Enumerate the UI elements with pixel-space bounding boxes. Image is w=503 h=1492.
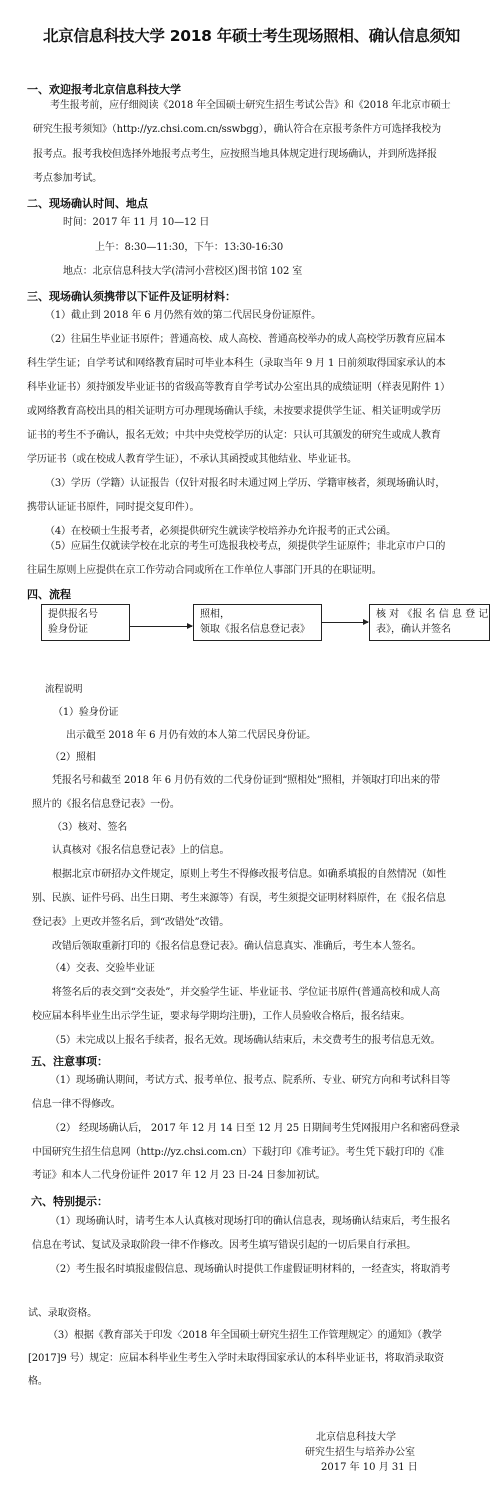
section-heading-4: 四、流程 <box>27 586 71 602</box>
section-heading-1: 一、欢迎报考北京信息科技大学 <box>27 81 181 97</box>
flow-step-2: 照相， 领取《报名信息登记表》 <box>193 604 322 641</box>
signature-date: 2017 年 10 月 31 日 <box>321 1461 418 1475</box>
paragraph-line: 中国研究生招生信息网（http://yz.chsi.com.cn）下载打印《准考… <box>32 1147 444 1159</box>
paragraph-line: 信息一律不得修改。 <box>32 1099 121 1111</box>
location-line: 地点：北京信息科技大学(清河小营校区)图书馆 102 室 <box>63 266 302 278</box>
paragraph-line: 报考点。报考我校但选择外地报考点考生，应按照当地具体规定进行现场确认，并到所选择… <box>33 149 437 161</box>
paragraph-line: 凭报名号和截至 2018 年 6 月仍有效的二代身份证到“照相处”照相，并领取打… <box>52 775 440 787</box>
paragraph-line: （5）应届生仅就读学校在北京的考生可选报我校考点，须提供学生证原件；非北京市户口… <box>45 541 445 553</box>
arrow-right-icon <box>322 622 368 623</box>
signature-org: 北京信息科技大学 <box>316 1431 396 1445</box>
flow-notes-label: 流程说明 <box>45 684 82 696</box>
paragraph-line: 校应届本科毕业生出示学生证，要求每学期均注册)，工作人员验收合格后，报名结束。 <box>32 1011 410 1023</box>
paragraph-line: （1）截止到 2018 年 6 月仍然有效的第二代居民身份证原件。 <box>45 310 321 322</box>
section-heading-5: 五、注意事项： <box>31 1053 108 1069</box>
document-title: 北京信息科技大学 2018 年硕士考生现场照相、确认信息须知 <box>0 24 503 46</box>
paragraph-line: 格。 <box>28 1376 48 1388</box>
paragraph-line: 往届生原则上应提供在京工作劳动合同或所在工作单位人事部门开具的在职证明。 <box>27 565 382 577</box>
signature-office: 研究生招生与培养办公室 <box>305 1446 415 1460</box>
flow-step-1: 提供报名号 验身份证 <box>41 604 130 641</box>
paragraph-line: （4）交表、交验毕业证 <box>50 963 155 975</box>
paragraph-line: 科生学生证；自学考试和网络教育届时可毕业本科生（录取当年 9 月 1 日前须取得… <box>27 358 446 370</box>
flow-step-2-line2: 领取《报名信息登记表》 <box>200 622 315 637</box>
paragraph-line: 携带认证证书原件，同时提交复印件）。 <box>27 502 199 514</box>
paragraph-line: 考生报考前，应仔细阅读《2018 年全国硕士研究生招生考试公告》和《2018 年… <box>50 100 451 112</box>
paragraph-line: （1）现场确认时，请考生本人认真核对现场打印的确认信息表，现场确认结束后，考生报… <box>50 1216 450 1228</box>
paragraph-line: 研究生报考须知》（http://yz.chsi.com.cn/sswbgg），确… <box>33 124 441 136</box>
flow-step-3: 核 对 《报 名 信 息 登 记 表》，确认并签名 <box>369 604 490 641</box>
paragraph-line: 证书的考生不予确认，报名无效；中共中央党校学历的认定：只认可其颁发的研究生或成人… <box>27 430 441 442</box>
paragraph-line: 学历证书（或在校成人教育学生证），不承认其函授或其他结业、毕业证书。 <box>27 454 357 466</box>
paragraph-line: 考证》和本人二代身份证件 2017 年 12 月 23 日-24 日参加初试。 <box>32 1170 325 1182</box>
section-heading-3: 三、现场确认须携带以下证件及证明材料： <box>27 288 236 304</box>
paragraph-line: 科毕业证书）须持颁发毕业证书的省级高等教育自学考试办公室出具的成绩证明（样表见附… <box>27 382 450 394</box>
paragraph-line: （5）未完成以上报名手续者，报名无效。现场确认结束后，未交费考生的报考信息无效。 <box>50 1035 440 1047</box>
paragraph-line: 出示截至 2018 年 6 月仍有效的本人第二代居民身份证。 <box>66 730 316 742</box>
time-line: 时间：2017 年 11 月 10—12 日 <box>63 217 209 229</box>
flow-step-1-line1: 提供报名号 <box>48 607 123 622</box>
paragraph-line: 登记表》上更改并签名后，到“改错处”改错。 <box>32 917 229 929</box>
paragraph-line: 或网络教育高校出具的相关证明方可办理现场确认手续，未按要求提供学生证、相关证明或… <box>27 406 441 418</box>
hours-line: 上午：8:30—11:30，下午：13:30-16:30 <box>95 242 283 254</box>
flow-step-1-line2: 验身份证 <box>48 622 123 637</box>
paragraph-line: （3）学历（学籍）认证报告（仅针对报名时未通过网上学历、学籍审核者，须现场确认时… <box>45 478 445 490</box>
paragraph-line: 别、民族、证件号码、出生日期、考生来源等）有误，考生须提交证明材料原件，在《报名… <box>32 893 446 905</box>
paragraph-line: 改错后领取重新打印的《报名信息登记表》。确认信息真实、准确后，考生本人签名。 <box>52 941 421 953</box>
flow-step-3-line2: 表》，确认并签名 <box>376 622 483 637</box>
arrow-right-icon <box>130 626 192 627</box>
paragraph-line: 照片的《报名信息登记表》一份。 <box>32 799 180 811</box>
paragraph-line: 信息在考试、复试及录取阶段一律不作修改。因考生填写错误引起的一切后果自行承担。 <box>32 1240 416 1252</box>
paragraph-line: 试、录取资格。 <box>28 1308 97 1320</box>
section-heading-2: 二、现场确认时间、地点 <box>27 195 148 211</box>
paragraph-line: （4）在校硕士生报考者，必须提供研究生就读学校培养办允许报考的正式公函。 <box>45 526 396 538</box>
paragraph-line: 考点参加考试。 <box>33 173 102 185</box>
paragraph-line: 根据北京市研招办文件规定，原则上考生不得修改报考信息。如确系填报的自然情况（如性 <box>52 869 446 881</box>
flow-step-2-line1: 照相， <box>200 607 315 622</box>
paragraph-line: [2017]9 号）规定：应届本科毕业生考生入学时未取得国家承认的本科毕业证书，… <box>28 1353 444 1365</box>
paragraph-line: （1）现场确认期间，考试方式、报考单位、报考点、院系所、专业、研究方向和考试科目… <box>50 1075 450 1087</box>
paragraph-line: （3）核对、签名 <box>52 822 127 834</box>
paragraph-line: （3）根据《教育部关于印发〈2018 年全国硕士研究生招生工作管理规定〉的通知》… <box>48 1330 442 1342</box>
section-heading-6: 六、特别提示： <box>31 1193 108 1209</box>
paragraph-line: （2） 经现场确认后， 2017 年 12 月 14 日至 12 月 25 日期… <box>50 1123 460 1135</box>
flow-step-3-line1: 核 对 《报 名 信 息 登 记 <box>376 607 483 622</box>
paragraph-line: （2）照相 <box>50 752 96 764</box>
paragraph-line: （1）验身份证 <box>53 707 118 719</box>
paragraph-line: （2）考生报名时填报虚假信息、现场确认时提供工作虚假证明材料的，一经查实，将取消… <box>50 1264 450 1276</box>
paragraph-line: 认真核对《报名信息登记表》上的信息。 <box>52 845 229 857</box>
paragraph-line: （2）往届生毕业证书原件；普通高校、成人高校、普通高校举办的成人高校学历教育应届… <box>45 334 445 346</box>
paragraph-line: 将签名后的表交到“交表处”，并交验学生证、毕业证书、学位证书原件(普通高校和成人… <box>52 987 440 999</box>
